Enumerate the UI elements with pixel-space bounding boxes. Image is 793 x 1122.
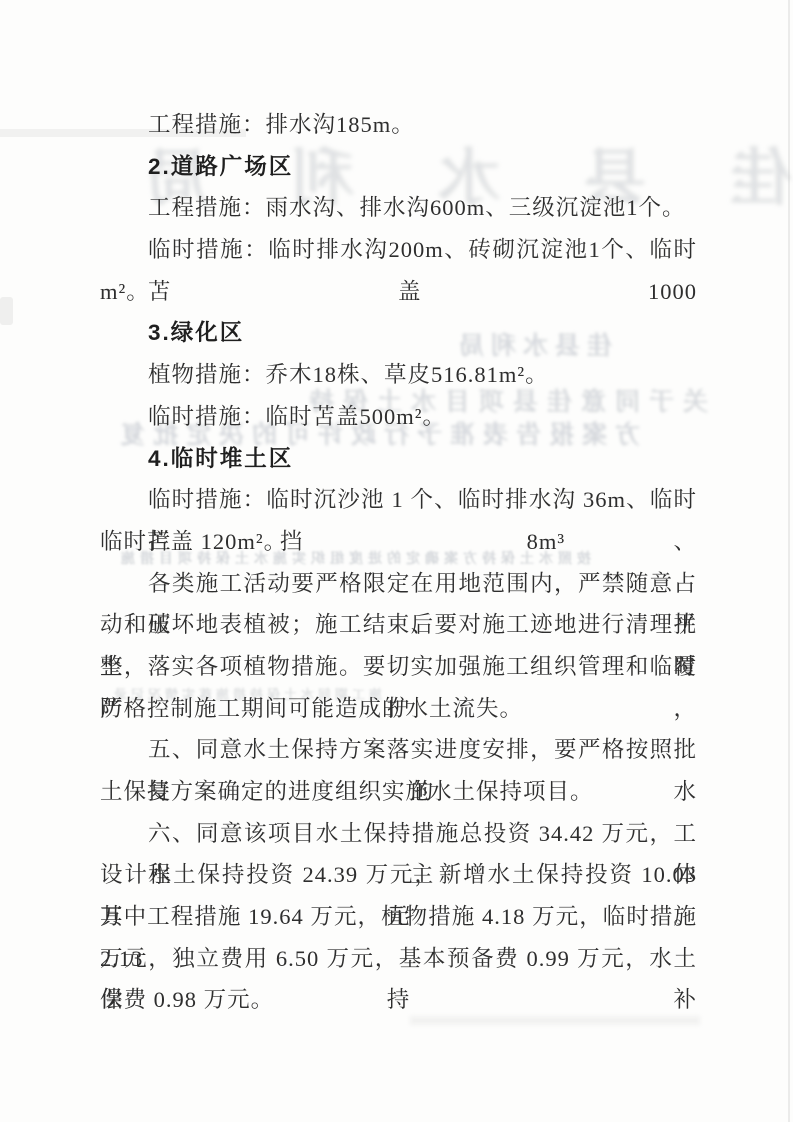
section-heading: 2.道路广场区 [100, 146, 697, 188]
body-text-line: 各类施工活动要严格限定在用地范围内，严禁随意占压、扰 [100, 563, 697, 605]
body-text-line: 动和破坏地表植被；施工结束后要对施工迹地进行清理平整覆 [100, 604, 697, 646]
body-text-line: 工程措施：排水沟185m。 [100, 104, 697, 146]
body-text-line: 其中工程措施 19.64 万元，植物措施 4.18 万元，临时措施 2.13 [100, 896, 697, 938]
scan-streak-right-edge [788, 0, 790, 1122]
body-text-line: 工程措施：雨水沟、排水沟600m、三级沉淀池1个。 [100, 187, 697, 229]
scanned-document-page: 佳县水利局 佳县水利局 关于同意佳县项目水土保持 方案报告表准予行政许可的决定批… [0, 0, 793, 1122]
body-text-line: 万元，独立费用 6.50 万元，基本预备费 0.99 万元，水土保持补 [100, 938, 697, 980]
body-text-line: 临时措施：临时苫盖500m²。 [100, 396, 697, 438]
body-text-line: 植物措施：乔木18株、草皮516.81m²。 [100, 354, 697, 396]
body-text-line: 五、同意水土保持方案落实进度安排，要严格按照批复的水 [100, 729, 697, 771]
body-text-line: 临时措施：临时沉沙池 1 个、临时排水沟 36m、临时拦挡 8m³、 [100, 479, 697, 521]
section-heading: 3.绿化区 [100, 312, 697, 354]
section-heading: 4.临时堆土区 [100, 438, 697, 480]
document-body-text: 工程措施：排水沟185m。2.道路广场区工程措施：雨水沟、排水沟600m、三级沉… [100, 104, 697, 1021]
body-text-line: 六、同意该项目水土保持措施总投资 34.42 万元，工程主体 [100, 813, 697, 855]
body-text-line: 临时措施：临时排水沟200m、砖砌沉淀池1个、临时苫盖1000 [100, 229, 697, 271]
body-text-line: 设计水土保持投资 24.39 万元，新增水土保持投资 10.03 万元。 [100, 854, 697, 896]
scan-smudge-left-edge [0, 297, 13, 325]
body-text-line: 土，落实各项植物措施。要切实加强施工组织管理和临时防护， [100, 646, 697, 688]
